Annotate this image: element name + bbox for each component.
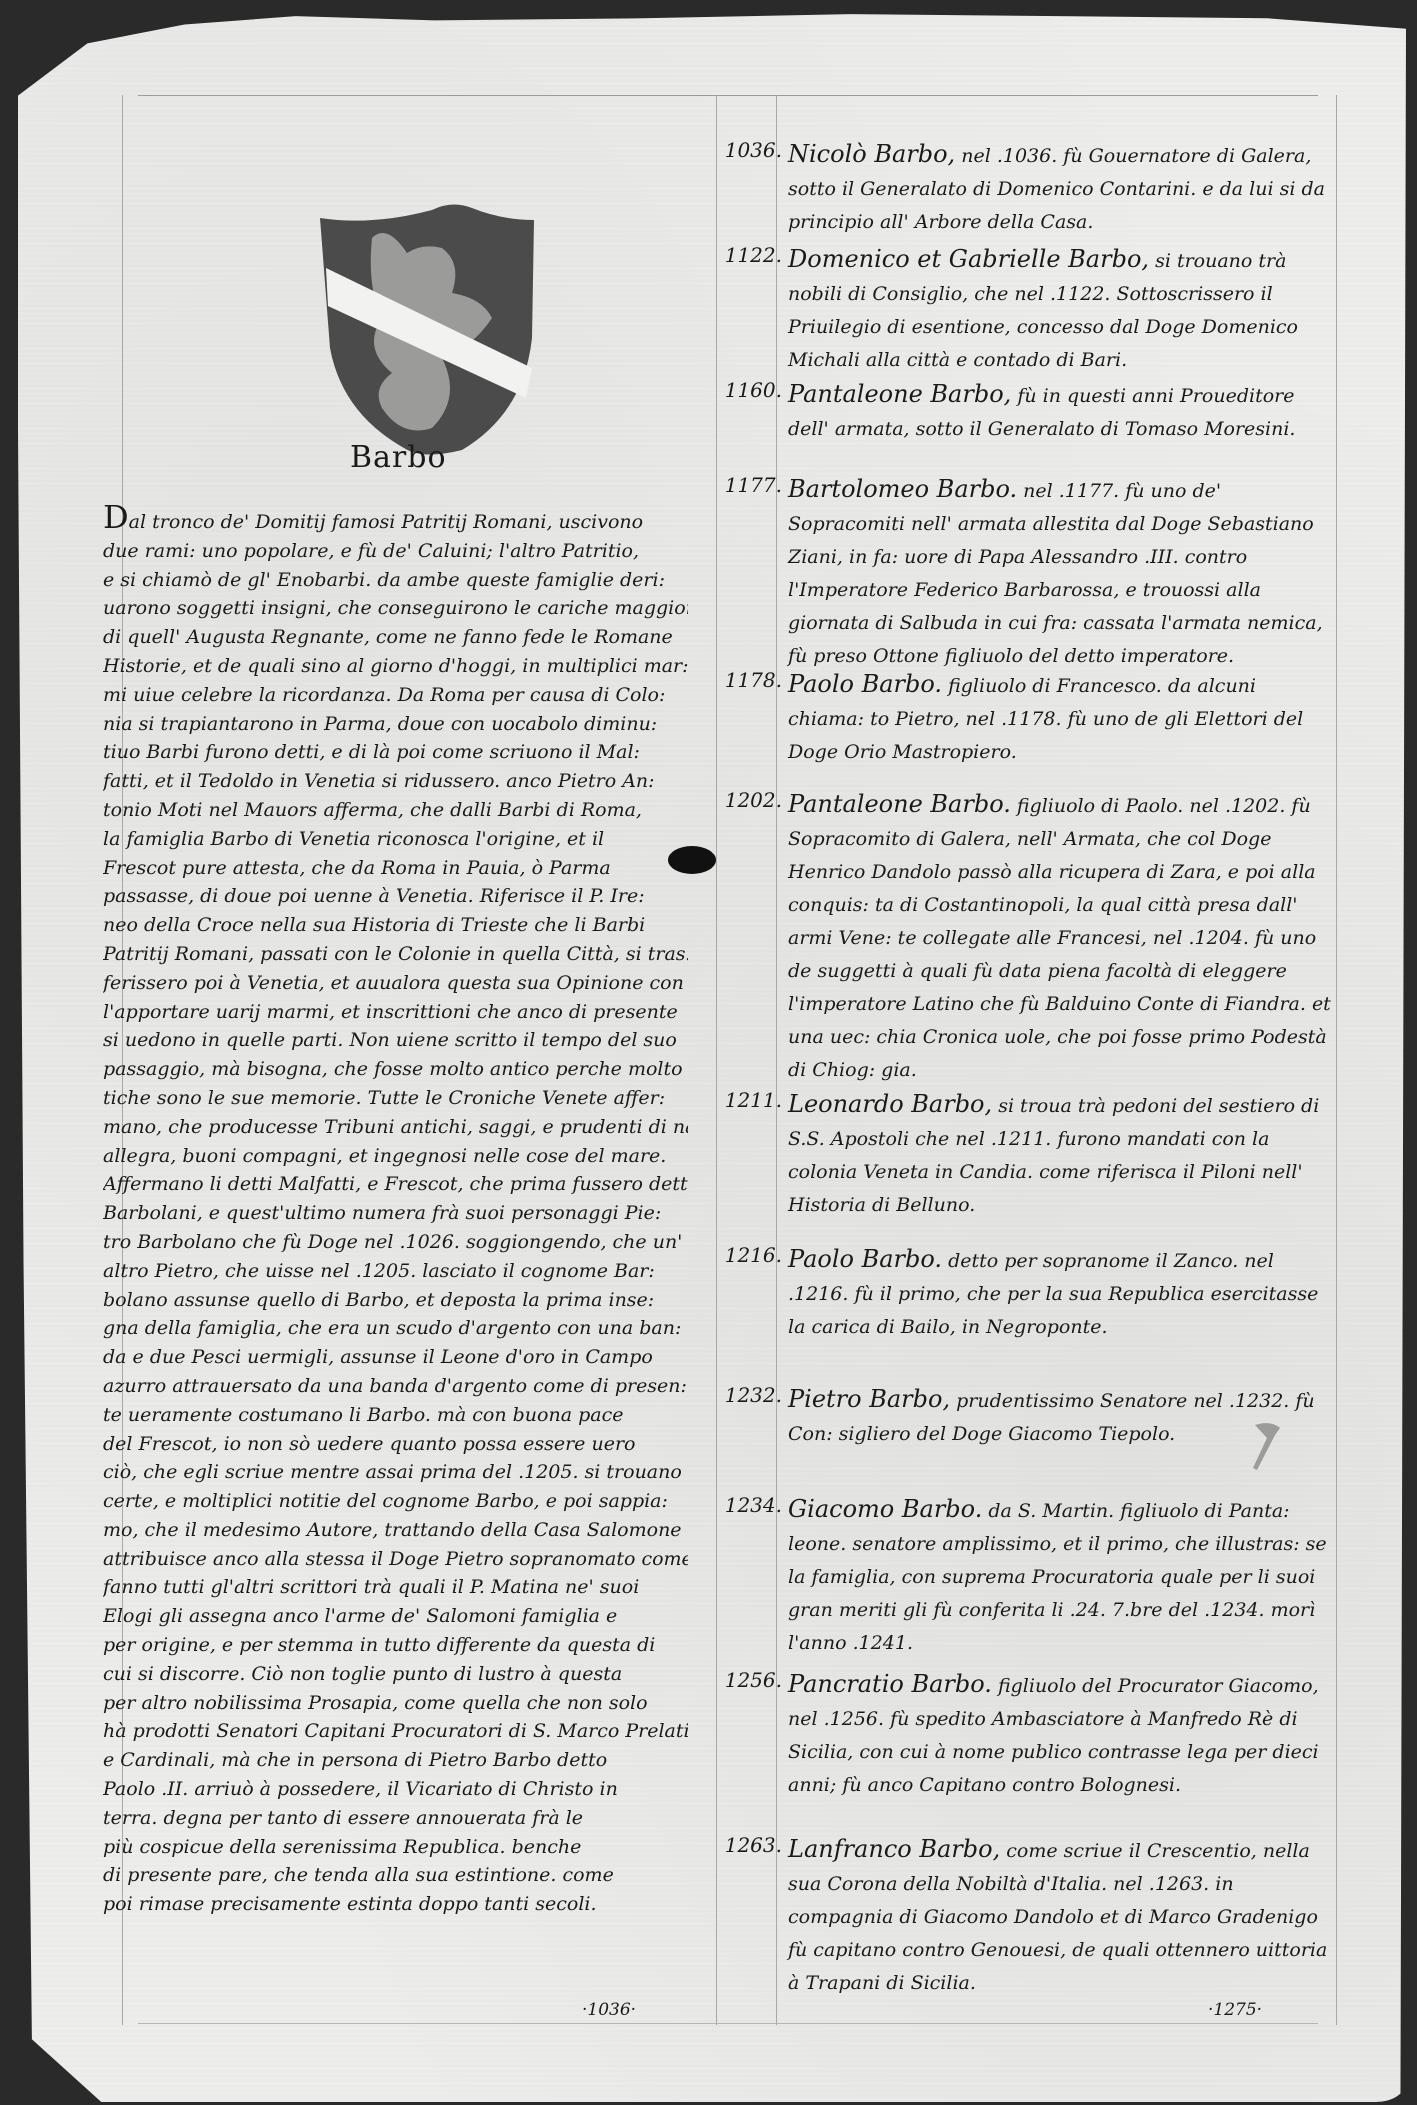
entry-name: Leonardo Barbo,	[788, 1090, 992, 1118]
entry-year: 1122.	[720, 243, 782, 267]
text-line: uarono soggetti insigni, che conseguiron…	[103, 594, 688, 623]
family-name-heading: Barbo	[350, 440, 447, 475]
right-margin-line	[1336, 95, 1337, 2025]
text-line: allegra, buoni compagni, et ingegnosi ne…	[103, 1142, 688, 1171]
text-line: da e due Pesci uermigli, assunse il Leon…	[103, 1343, 688, 1372]
text-line: Affermano li detti Malfatti, e Frescot, …	[103, 1170, 688, 1199]
text-line: Patritij Romani, passati con le Colonie …	[103, 940, 688, 969]
text-line: mi uiue celebre la ricordanza. Da Roma p…	[103, 681, 688, 710]
entry-year: 1232.	[720, 1383, 782, 1407]
bottom-ruled-line	[138, 2023, 1318, 2024]
text-line: ciò, che egli scriue mentre assai prima …	[103, 1458, 688, 1487]
text-line: passaggio, mà bisogna, che fosse molto a…	[103, 1055, 688, 1084]
text-line: tonio Moti nel Mauors afferma, che dalli…	[103, 796, 688, 825]
entry-name: Bartolomeo Barbo.	[788, 475, 1017, 503]
text-line: hà prodotti Senatori Capitani Procurator…	[103, 1717, 688, 1746]
text-line: la famiglia Barbo di Venetia riconosca l…	[103, 825, 688, 854]
entry-year: 1160.	[720, 378, 782, 402]
entry-text: figliuolo di Paolo. nel .1202. fù Soprac…	[788, 795, 1331, 1081]
coat-of-arms-icon	[312, 198, 542, 463]
text-line: Historie, et de quali sino al giorno d'h…	[103, 652, 688, 681]
text-line: altro Pietro, che uisse nel .1205. lasci…	[103, 1257, 688, 1286]
text-line: poi rimase precisamente estinta doppo ta…	[103, 1890, 688, 1919]
family-history-text: Dal tronco de' Domitij famosi Patritij R…	[103, 505, 688, 1919]
entry-name: Giacomo Barbo.	[788, 1495, 982, 1523]
entry-name: Pantaleone Barbo.	[788, 790, 1011, 818]
text-line: ferissero poi à Venetia, et auualora que…	[103, 969, 688, 998]
entry-year: 1256.	[720, 1668, 782, 1692]
ink-blot	[668, 846, 716, 874]
column-divider-line	[716, 95, 717, 2025]
text-line: due rami: uno popolare, e fù de' Caluini…	[103, 537, 688, 566]
entry-text: come scriue il Crescentio, nella sua Cor…	[788, 1840, 1327, 1994]
text-line: l'apportare uarij marmi, et inscrittioni…	[103, 998, 688, 1027]
entry-name: Pantaleone Barbo,	[788, 380, 1011, 408]
text-line: si uedono in quelle parti. Non uiene scr…	[103, 1026, 688, 1055]
entry-year: 1178.	[720, 668, 782, 692]
text-line: fatti, et il Tedoldo in Venetia si ridus…	[103, 767, 688, 796]
page-start-year: ·1036·	[582, 2000, 636, 2020]
entry-name: Nicolò Barbo,	[788, 140, 955, 168]
text-line: mano, che producesse Tribuni antichi, sa…	[103, 1113, 688, 1142]
entry-year: 1234.	[720, 1493, 782, 1517]
text-line: certe, e moltiplici notitie del cognome …	[103, 1487, 688, 1516]
text-line: tiche sono le sue memorie. Tutte le Cron…	[103, 1084, 688, 1113]
text-line: bolano assunse quello di Barbo, et depos…	[103, 1286, 688, 1315]
text-line: Barbolani, e quest'ultimo numera frà suo…	[103, 1199, 688, 1228]
text-line: per altro nobilissima Prosapia, come que…	[103, 1689, 688, 1718]
entry-year: 1216.	[720, 1243, 782, 1267]
text-line: tiuo Barbi furono detti, e di là poi com…	[103, 738, 688, 767]
entry-text: da S. Martin. figliuolo di Panta: leone.…	[788, 1500, 1327, 1654]
entry-text: nel .1177. fù uno de' Sopracomiti nell' …	[788, 480, 1323, 667]
entry-year: 1211.	[720, 1088, 782, 1112]
text-line: gna della famiglia, che era un scudo d'a…	[103, 1314, 688, 1343]
entry-name: Domenico et Gabrielle Barbo,	[788, 245, 1149, 273]
text-line: del Frescot, io non sò uedere quanto pos…	[103, 1430, 688, 1459]
entry-year: 1263.	[720, 1833, 782, 1857]
text-line: Dal tronco de' Domitij famosi Patritij R…	[103, 505, 688, 537]
text-line: nia si trapiantarono in Parma, doue con …	[103, 710, 688, 739]
entry-year: 1177.	[720, 473, 782, 497]
text-line: mo, che il medesimo Autore, trattando de…	[103, 1516, 688, 1545]
entry-year: 1036.	[720, 138, 782, 162]
text-line: terra. degna per tanto di essere annouer…	[103, 1804, 688, 1833]
text-line: e si chiamò de gl' Enobarbi. da ambe que…	[103, 566, 688, 595]
text-line: attribuisce anco alla stessa il Doge Pie…	[103, 1545, 688, 1574]
entry-name: Pietro Barbo,	[788, 1385, 950, 1413]
text-line: neo della Croce nella sua Historia di Tr…	[103, 911, 688, 940]
page-end-year: ·1275·	[1208, 2000, 1262, 2020]
entry-year: 1202.	[720, 788, 782, 812]
entry-name: Paolo Barbo.	[788, 1245, 942, 1273]
entry-name: Pancratio Barbo.	[788, 1670, 992, 1698]
text-line: cui si discorre. Ciò non toglie punto di…	[103, 1660, 688, 1689]
ink-smudge-icon	[1245, 1420, 1285, 1475]
text-line: te ueramente costumano li Barbo. mà con …	[103, 1401, 688, 1430]
text-line: e Cardinali, mà che in persona di Pietro…	[103, 1746, 688, 1775]
entry-name: Paolo Barbo.	[788, 670, 942, 698]
text-line: di presente pare, che tenda alla sua est…	[103, 1861, 688, 1890]
entry-name: Lanfranco Barbo,	[788, 1835, 1000, 1863]
top-ruled-line	[138, 95, 1318, 96]
text-line: tro Barbolano che fù Doge nel .1026. sog…	[103, 1228, 688, 1257]
text-line: azurro attrauersato da una banda d'argen…	[103, 1372, 688, 1401]
text-line: Frescot pure attesta, che da Roma in Pau…	[103, 854, 688, 883]
text-line: più cospicue della serenissima Republica…	[103, 1833, 688, 1862]
drop-cap: D	[103, 505, 129, 536]
text-line: Paolo .II. arriuò à possedere, il Vicari…	[103, 1775, 688, 1804]
text-line: per origine, e per stemma in tutto diffe…	[103, 1631, 688, 1660]
text-line: passasse, di doue poi uenne à Venetia. R…	[103, 882, 688, 911]
text-line: fanno tutti gl'altri scrittori trà quali…	[103, 1573, 688, 1602]
text-line: di quell' Augusta Regnante, come ne fann…	[103, 623, 688, 652]
text-line: Elogi gli assegna anco l'arme de' Salomo…	[103, 1602, 688, 1631]
